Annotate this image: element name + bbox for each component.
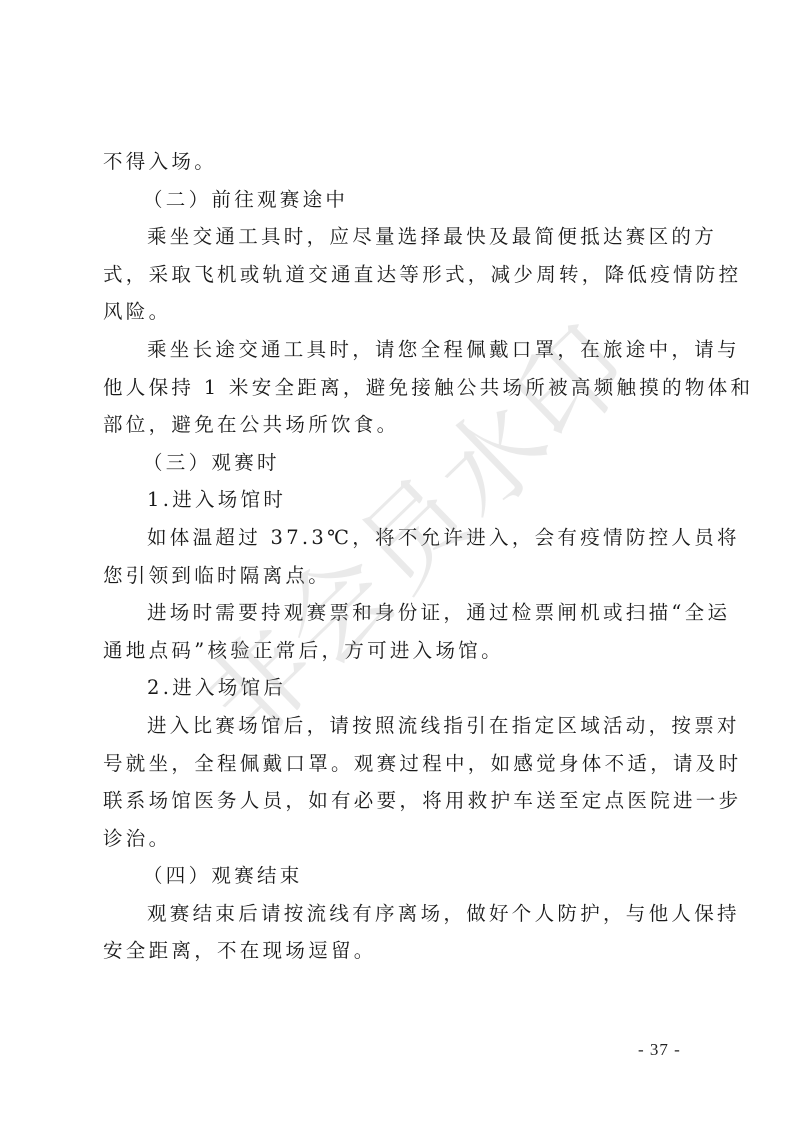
document-body: 不得入场。 （二）前往观赛途中 乘坐交通工具时，应尽量选择最快及最简便抵达赛区的… (103, 143, 693, 970)
document-page: 不得入场。 （二）前往观赛途中 乘坐交通工具时，应尽量选择最快及最简便抵达赛区的… (0, 0, 793, 1122)
page-number: - 37 - (638, 1040, 681, 1060)
paragraph-line: 乘坐长途交通工具时，请您全程佩戴口罩，在旅途中，请与 (103, 331, 693, 369)
paragraph-line: 诊治。 (103, 820, 693, 858)
paragraph-line: 安全距离，不在现场逗留。 (103, 932, 693, 970)
paragraph-line: 风险。 (103, 293, 693, 331)
paragraph-line: 号就坐，全程佩戴口罩。观赛过程中，如感觉身体不适，请及时 (103, 745, 693, 783)
section-heading-2: （二）前往观赛途中 (103, 181, 693, 219)
paragraph-line: 通地点码”核验正常后，方可进入场馆。 (103, 632, 693, 670)
subheading-1: 1.进入场馆时 (103, 481, 693, 519)
paragraph-line: 进入比赛场馆后，请按照流线指引在指定区域活动，按票对 (103, 707, 693, 745)
paragraph-line: 乘坐交通工具时，应尽量选择最快及最简便抵达赛区的方 (103, 218, 693, 256)
paragraph-line: 部位，避免在公共场所饮食。 (103, 406, 693, 444)
paragraph-line: 您引领到临时隔离点。 (103, 557, 693, 595)
section-heading-3: （三）观赛时 (103, 444, 693, 482)
paragraph-line: 联系场馆医务人员，如有必要，将用救护车送至定点医院进一步 (103, 782, 693, 820)
paragraph-line: 观赛结束后请按流线有序离场，做好个人防护，与他人保持 (103, 895, 693, 933)
paragraph-line: 进场时需要持观赛票和身份证，通过检票闸机或扫描“全运 (103, 594, 693, 632)
section-heading-4: （四）观赛结束 (103, 857, 693, 895)
subheading-2: 2.进入场馆后 (103, 669, 693, 707)
paragraph-line: 如体温超过 37.3℃，将不允许进入，会有疫情防控人员将 (103, 519, 693, 557)
paragraph-line: 他人保持 1 米安全距离，避免接触公共场所被高频触摸的物体和 (103, 369, 693, 407)
paragraph-line: 式，采取飞机或轨道交通直达等形式，减少周转，降低疫情防控 (103, 256, 693, 294)
paragraph-line: 不得入场。 (103, 143, 693, 181)
